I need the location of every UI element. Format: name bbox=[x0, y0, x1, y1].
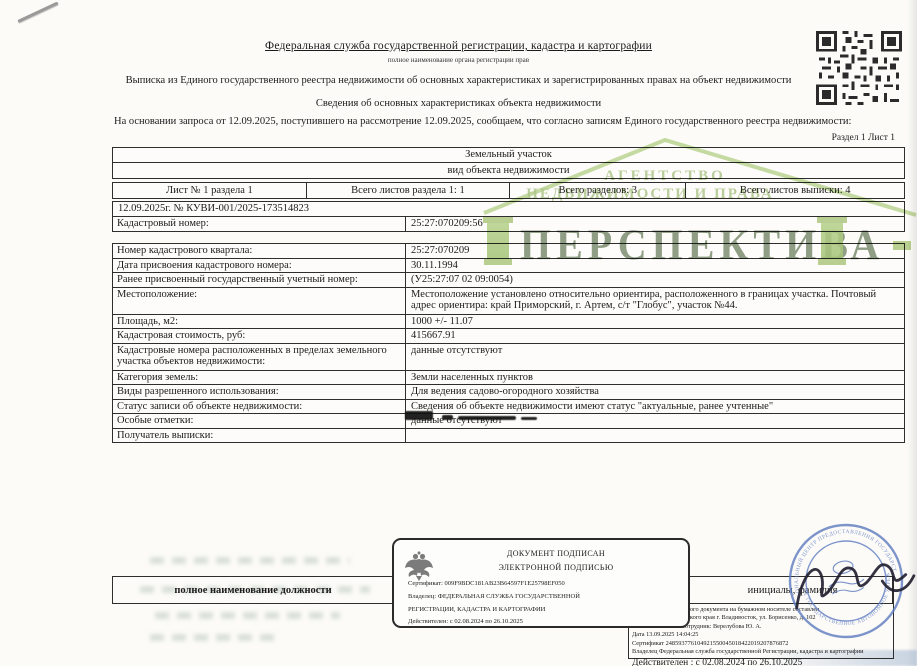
table-row: Категория земель:Земли населенных пункто… bbox=[113, 371, 904, 386]
state-eagle-icon bbox=[404, 548, 434, 582]
table-row: Статус записи об объекте недвижимости:Св… bbox=[113, 400, 904, 415]
esign-title-line2: ЭЛЕКТРОННОЙ ПОДПИСЬЮ bbox=[434, 563, 678, 572]
esign-owner-line1: Владелец: ФЕДЕРАЛЬНАЯ СЛУЖБА ГОСУДАРСТВЕ… bbox=[408, 593, 580, 600]
bleed-through-text bbox=[150, 557, 350, 564]
doc-number-table: 12.09.2025г. № КУВИ-001/2025-173514823 К… bbox=[112, 201, 905, 232]
cadastral-number-value: 25:27:070209:56 bbox=[406, 217, 904, 231]
row-value: данные отсутствуют bbox=[406, 344, 904, 370]
row-label: Кадастровые номера расположенных в преде… bbox=[113, 344, 406, 370]
bleed-through-text bbox=[155, 612, 340, 619]
attributes-table: Номер кадастрового квартала:25:27:070209… bbox=[112, 243, 905, 443]
row-label: Номер кадастрового квартала: bbox=[113, 244, 406, 258]
sheet-cell: Всего листов раздела 1: 1 bbox=[307, 183, 510, 198]
object-type-table: Земельный участок вид объекта недвижимос… bbox=[112, 147, 905, 179]
row-label: Ранее присвоенный государственный учетны… bbox=[113, 273, 406, 287]
row-value: 1000 +/- 11.07 bbox=[406, 315, 904, 329]
row-value: 415667.91 bbox=[406, 329, 904, 343]
doc-number: 12.09.2025г. № КУВИ-001/2025-173514823 bbox=[113, 202, 904, 216]
table-row: Ранее присвоенный государственный учетны… bbox=[113, 273, 904, 288]
mfc-validity: Действителен : с 02.08.2024 по 26.10.202… bbox=[632, 658, 882, 666]
sheet-counters-table: Лист № 1 раздела 1 Всего листов раздела … bbox=[112, 182, 905, 199]
redaction-mark bbox=[521, 417, 537, 420]
row-label: Местоположение: bbox=[113, 288, 406, 314]
redaction-mark bbox=[458, 416, 516, 420]
row-label: Получатель выписки: bbox=[113, 429, 406, 443]
esign-owner-line2: РЕГИСТРАЦИИ, КАДАСТРА И КАРТОГРАФИИ bbox=[408, 606, 545, 613]
table-row: Дата присвоения кадастрового номера:30.1… bbox=[113, 259, 904, 274]
row-value: Для ведения садово-огородного хозяйства bbox=[406, 385, 904, 399]
staple-mark bbox=[17, 2, 58, 23]
handwritten-signature bbox=[784, 533, 917, 626]
row-value: 25:27:070209 bbox=[406, 244, 904, 258]
org-caption: полное наименование органа регистрации п… bbox=[0, 56, 917, 64]
redaction-mark bbox=[405, 411, 433, 420]
esign-validity: Действителен: с 02.08.2024 по 26.10.2025 bbox=[408, 618, 523, 625]
table-row: Кадастровые номера расположенных в преде… bbox=[113, 344, 904, 371]
row-label: Дата присвоения кадастрового номера: bbox=[113, 259, 406, 273]
table-row: Местоположение:Местоположение установлен… bbox=[113, 288, 904, 315]
row-value: Сведения об объекте недвижимости имеют с… bbox=[406, 400, 904, 414]
request-line: На основании запроса от 12.09.2025, пост… bbox=[114, 116, 906, 127]
cadastral-number-label: Кадастровый номер: bbox=[113, 217, 406, 231]
row-label: Особые отметки: bbox=[113, 414, 406, 428]
table-row: Номер кадастрового квартала:25:27:070209 bbox=[113, 244, 904, 259]
esign-stamp-box: ДОКУМЕНТ ПОДПИСАН ЭЛЕКТРОННОЙ ПОДПИСЬЮ С… bbox=[392, 538, 690, 628]
row-label: Статус записи об объекте недвижимости: bbox=[113, 400, 406, 414]
row-value: 30.11.1994 bbox=[406, 259, 904, 273]
sheet-cell: Всего листов выписки: 4 bbox=[686, 183, 904, 198]
position-title-label: полное наименование должности bbox=[113, 577, 393, 603]
row-value bbox=[406, 429, 904, 443]
table-row: Виды разрешенного использования:Для веде… bbox=[113, 385, 904, 400]
row-label: Категория земель: bbox=[113, 371, 406, 385]
org-name: Федеральная служба государственной регис… bbox=[0, 40, 917, 52]
document-title: Выписка из Единого государственного реес… bbox=[0, 75, 917, 86]
sheet-cell: Всего разделов: 3 bbox=[510, 183, 686, 198]
row-value: (У25:27:07 02 09:0054) bbox=[406, 273, 904, 287]
table-row: Получатель выписки: bbox=[113, 429, 904, 443]
row-value: Местоположение установлено относительно … bbox=[406, 288, 904, 314]
row-label: Виды разрешенного использования: bbox=[113, 385, 406, 399]
table-row: Кадастровая стоимость, руб:415667.91 bbox=[113, 329, 904, 344]
row-label: Кадастровая стоимость, руб: bbox=[113, 329, 406, 343]
object-type: Земельный участок bbox=[113, 148, 904, 163]
section-title: Сведения об основных характеристиках объ… bbox=[0, 98, 917, 109]
bleed-through-text bbox=[150, 634, 275, 641]
esign-certificate: Сертификат: 009F9BDC181AB23B64597F1E2579… bbox=[408, 580, 565, 587]
object-type-caption: вид объекта недвижимости bbox=[113, 163, 904, 178]
esign-title-line1: ДОКУМЕНТ ПОДПИСАН bbox=[434, 549, 678, 558]
sheet-cell: Лист № 1 раздела 1 bbox=[113, 183, 307, 198]
row-value: Земли населенных пунктов bbox=[406, 371, 904, 385]
redaction-mark bbox=[442, 415, 453, 420]
mfc-line: Владелец Федеральная служба государствен… bbox=[632, 648, 882, 656]
scanned-egrn-extract: { "header": { "org_name": "Федеральная с… bbox=[0, 0, 917, 666]
section-sheet-ref: Раздел 1 Лист 1 bbox=[832, 133, 895, 143]
row-label: Площадь, м2: bbox=[113, 315, 406, 329]
table-row: Площадь, м2:1000 +/- 11.07 bbox=[113, 315, 904, 330]
